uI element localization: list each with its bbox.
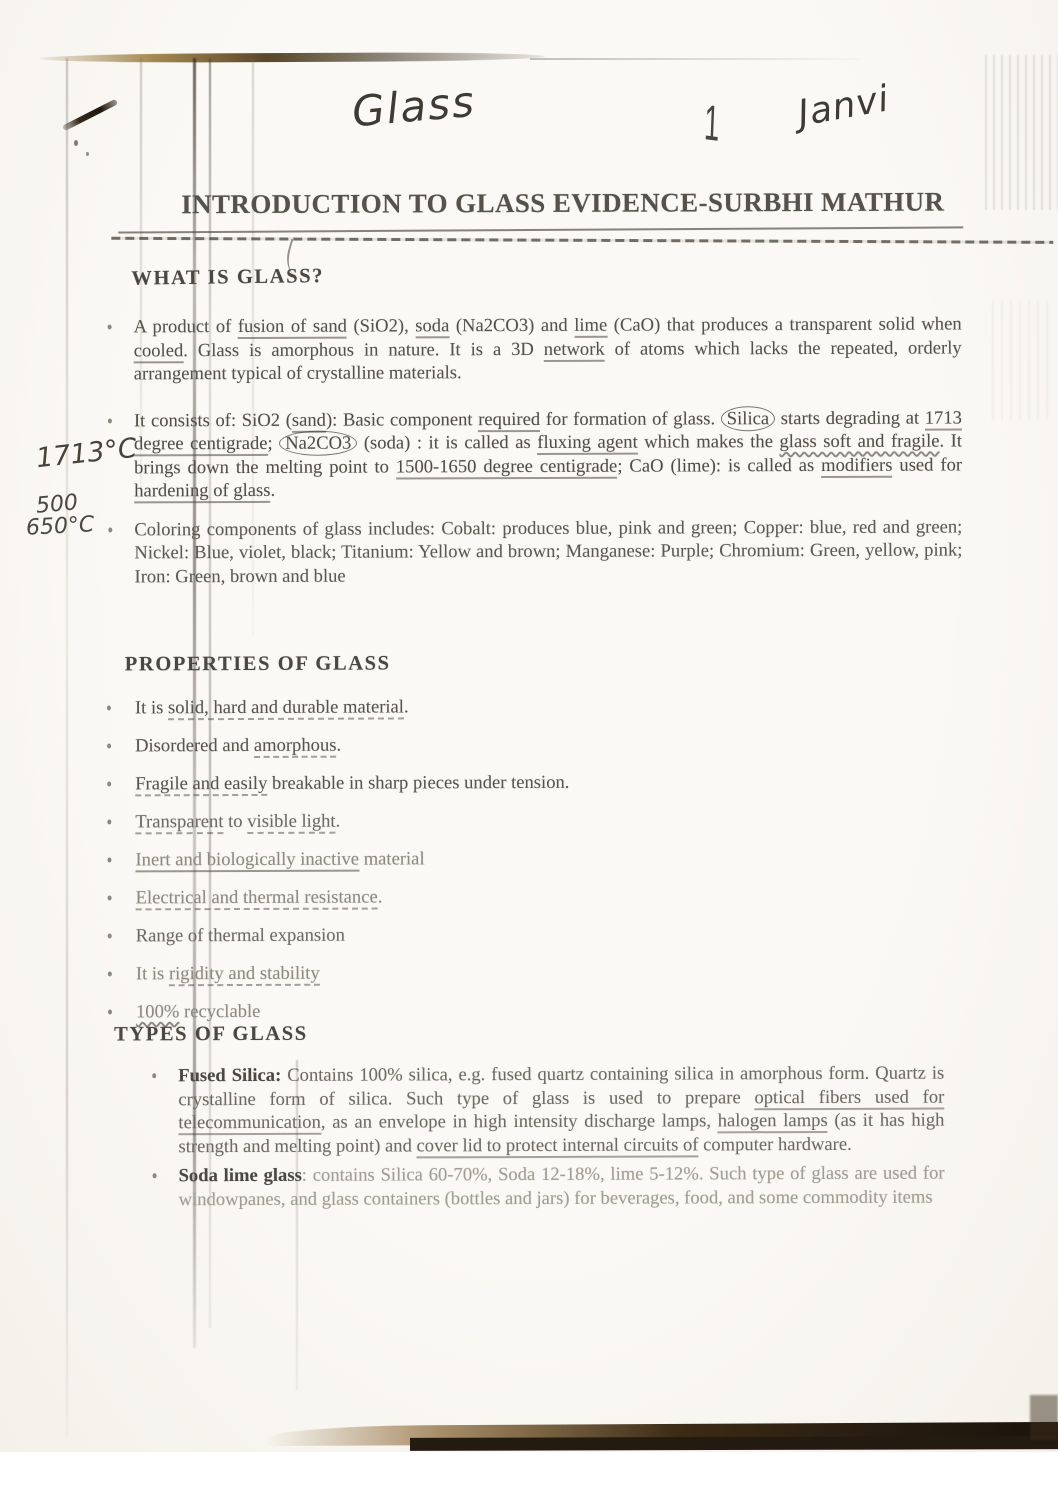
bullet-item: It is rigidity and stability: [96, 959, 962, 986]
scanner-bed-strip: [0, 1452, 1058, 1497]
bullet-item: Inert and biologically inactive material: [95, 845, 961, 872]
bullet-list: It is solid, hard and durable material. …: [95, 693, 962, 1024]
section-heading: WHAT IS GLASS?: [131, 256, 961, 291]
section-heading: TYPES OF GLASS: [114, 1021, 944, 1047]
list-item-text: Transparent to visible light.: [135, 811, 340, 835]
list-item-text: It is rigidity and stability: [136, 963, 320, 987]
bullet-item: It is solid, hard and durable material.: [95, 693, 961, 720]
bullet-list: A product of fusion of sand (SiO2), soda…: [96, 312, 963, 588]
list-item-text: 100% recyclable: [136, 1001, 260, 1022]
paragraph-text: A product of fusion of sand (SiO2), soda…: [134, 313, 962, 384]
paragraph-text: It consists of: SiO2 (sand): Basic compo…: [134, 406, 962, 504]
bullet-item: It consists of: SiO2 (sand): Basic compo…: [96, 406, 962, 503]
bullet-item: Range of thermal expansion: [96, 921, 962, 948]
bullet-list: Fused Silica: Contains 100% silica, e.g.…: [96, 1062, 945, 1212]
title-underline: [118, 226, 963, 233]
section-what-is-glass: WHAT IS GLASS? A product of fusion of sa…: [95, 260, 962, 588]
bullet-item: Electrical and thermal resistance.: [96, 883, 962, 910]
section-properties: PROPERTIES OF GLASS It is solid, hard an…: [95, 650, 962, 1038]
paragraph-text: Fused Silica: Contains 100% silica, e.g.…: [178, 1063, 944, 1158]
bullet-item: Disordered and amorphous.: [95, 731, 961, 758]
bullet-item: Fused Silica: Contains 100% silica, e.g.…: [96, 1062, 944, 1159]
bullet-marker: [108, 418, 112, 423]
bullet-marker: [107, 819, 111, 824]
paragraph-text: Soda lime glass: contains Silica 60-70%,…: [179, 1163, 945, 1210]
list-item-text: It is solid, hard and durable material.: [135, 696, 409, 720]
bullet-marker: [107, 705, 111, 710]
list-item-text: Disordered and amorphous.: [135, 735, 341, 758]
bullet-marker: [108, 933, 112, 938]
bullet-marker: [108, 1009, 112, 1014]
title-scribble-underline: [111, 237, 1053, 244]
bullet-marker: [108, 324, 112, 329]
bullet-item: Transparent to visible light.: [95, 807, 961, 834]
bullet-item: A product of fusion of sand (SiO2), soda…: [96, 312, 962, 386]
bullet-marker: [107, 857, 111, 862]
document-title: INTRODUCTION TO GLASS EVIDENCE-SURBHI MA…: [181, 186, 981, 220]
list-item-text: Fragile and easily breakable in sharp pi…: [135, 772, 569, 797]
bullet-item: Soda lime glass: contains Silica 60-70%,…: [97, 1162, 945, 1212]
bullet-item: Fragile and easily breakable in sharp pi…: [95, 769, 961, 796]
bullet-marker: [108, 971, 112, 976]
bullet-marker: [108, 895, 112, 900]
list-item-text: Inert and biologically inactive material: [135, 848, 424, 872]
bullet-marker: [107, 781, 111, 786]
section-types: TYPES OF GLASS Fused Silica: Contains 10…: [96, 1021, 945, 1212]
section-heading: PROPERTIES OF GLASS: [125, 650, 961, 676]
bullet-marker: [108, 527, 112, 532]
list-item-text: Range of thermal expansion: [136, 925, 345, 947]
scanned-page: Glass 1 Janvi 1713°C 500 650°C INTRODUCT…: [0, 0, 1058, 1452]
list-item-text: Electrical and thermal resistance.: [136, 887, 383, 911]
page-content: INTRODUCTION TO GLASS EVIDENCE-SURBHI MA…: [0, 0, 1058, 1452]
paragraph-text: Coloring components of glass includes: C…: [134, 516, 962, 587]
bullet-marker: [152, 1073, 156, 1078]
bullet-item: Coloring components of glass includes: C…: [96, 515, 962, 589]
bullet-marker: [107, 743, 111, 748]
bullet-marker: [153, 1173, 157, 1178]
